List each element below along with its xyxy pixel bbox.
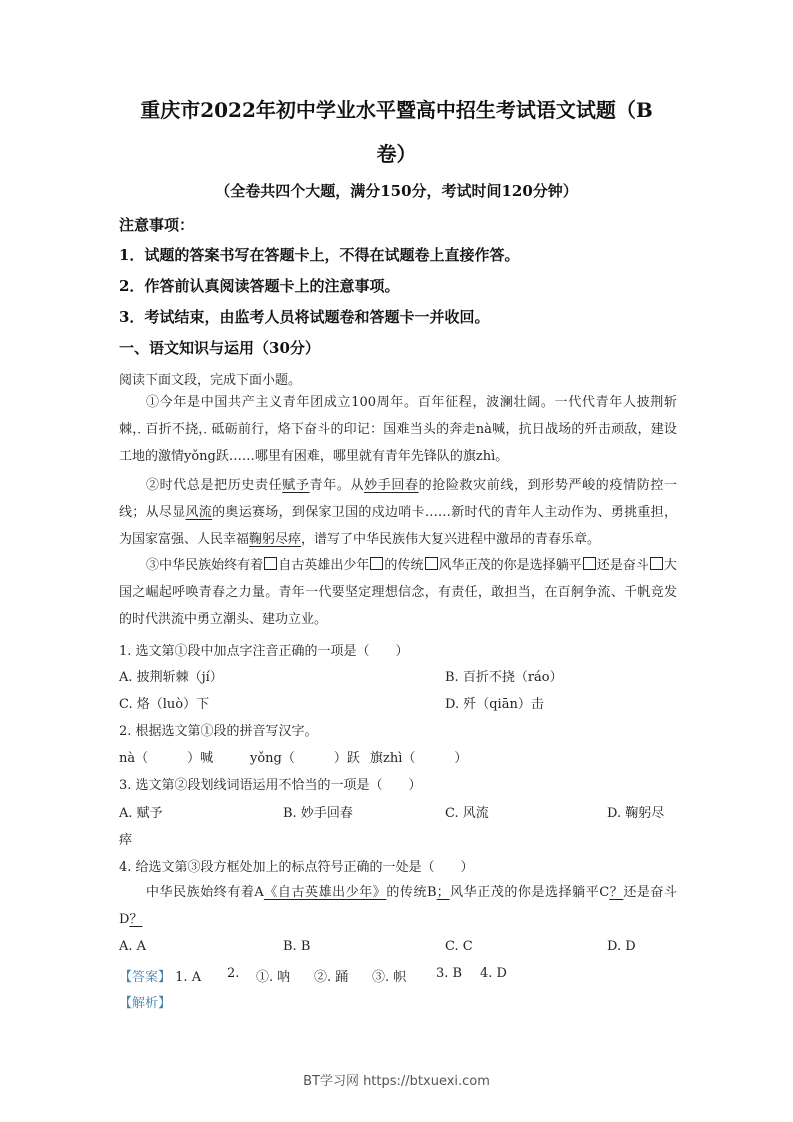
underlined-term: 鞠躬尽瘁 bbox=[249, 532, 301, 547]
answer-item: 2. bbox=[227, 966, 239, 981]
blank-box bbox=[583, 557, 596, 570]
underlined-term: 赋予 bbox=[282, 478, 309, 493]
question-3-option-d: D. 鞠躬尽 bbox=[607, 802, 664, 821]
analysis-tag: 【解析】 bbox=[119, 992, 171, 1011]
question-3-option-b: B. 妙手回春 bbox=[283, 802, 353, 821]
dotted-char: 挠 bbox=[185, 422, 198, 437]
question-2-blank-2: yǒng（ ）跃 bbox=[250, 747, 360, 766]
notice-item-1: 1．试题的答案书写在答题卡上，不得在试题卷上直接作答。 bbox=[119, 244, 519, 265]
question-1-option-b: B. 百折不挠（ráo） bbox=[445, 666, 563, 685]
passage-paragraph-3: ③中华民族始终有着自古英雄出少年的传统风华正茂的你是选择躺平还是奋斗大国之崛起呼… bbox=[119, 552, 677, 633]
exam-title-continued: 卷） bbox=[0, 138, 793, 167]
watermark-footer: BT学习网 https://btxuexi.com bbox=[0, 1070, 793, 1089]
question-3-option-d-wrap: 瘁 bbox=[119, 829, 132, 848]
dotted-char: 棘 bbox=[119, 422, 132, 437]
question-3-option-c: C. 风流 bbox=[445, 802, 489, 821]
answer-item: 3. B bbox=[436, 966, 462, 981]
question-4-option-a: A. A bbox=[119, 939, 146, 954]
question-1-option-a: A. 披荆斩棘（jí） bbox=[119, 666, 223, 685]
passage-paragraph-1: ①今年是中国共产主义青年团成立100周年。百年征程，波澜壮阔。一代代青年人披荆斩… bbox=[119, 389, 677, 470]
blank-box bbox=[370, 557, 383, 570]
blank-box bbox=[264, 557, 277, 570]
question-4-option-c: C. C bbox=[445, 939, 473, 954]
blank-box bbox=[425, 557, 438, 570]
section-heading: 一、语文知识与运用（30分） bbox=[119, 337, 320, 358]
question-2-blank-3: 旗zhì（ ） bbox=[370, 747, 467, 766]
underlined-term: 风流 bbox=[186, 505, 213, 520]
question-4-stem: 4. 给选文第③段方框处加上的标点符号正确的一处是（ ） bbox=[119, 856, 474, 875]
answer-item: ②. 踊 bbox=[314, 966, 348, 985]
question-2-stem: 2. 根据选文第①段的拼音写汉字。 bbox=[119, 720, 318, 739]
answer-item: ①. 呐 bbox=[256, 966, 290, 985]
exam-title: 重庆市2022年初中学业水平暨高中招生考试语文试题（B bbox=[0, 94, 793, 123]
question-3-stem: 3. 选文第②段划线词语运用不恰当的一项是（ ） bbox=[119, 774, 422, 793]
exam-subtitle: （全卷共四个大题，满分150分，考试时间120分钟） bbox=[0, 180, 793, 201]
answer-item: 4. D bbox=[480, 966, 507, 981]
exam-page: 重庆市2022年初中学业水平暨高中招生考试语文试题（B 卷） （全卷共四个大题，… bbox=[0, 0, 793, 1122]
reading-instruction: 阅读下面文段，完成下面小题。 bbox=[119, 369, 301, 388]
notice-heading: 注意事项： bbox=[119, 214, 194, 235]
notice-item-3: 3．考试结束，由监考人员将试题卷和答题卡一并收回。 bbox=[119, 306, 489, 327]
passage-paragraph-2: ②时代总是把历史责任赋予青年。从妙手回春的抢险救灾前线，到形势严峻的疫情防控一线… bbox=[119, 472, 677, 553]
underlined-term: 妙手回春 bbox=[364, 478, 419, 493]
question-1-option-c: C. 烙（luò）下 bbox=[119, 693, 209, 712]
notice-item-2: 2．作答前认真阅读答题卡上的注意事项。 bbox=[119, 275, 399, 296]
question-4-quote: 中华民族始终有着A《自古英雄出少年》的传统B；风华正茂的你是选择躺平C？还是奋斗… bbox=[119, 879, 677, 933]
question-4-option-d: D. D bbox=[607, 939, 636, 954]
answer-tag: 【答案】 bbox=[119, 970, 171, 985]
answer-item: ③. 帜 bbox=[372, 966, 406, 985]
question-2-blank-1: nà（ ）喊 bbox=[119, 747, 213, 766]
dotted-char: 烙 bbox=[278, 422, 291, 437]
answer-row: 【答案】 1. A bbox=[119, 966, 201, 985]
question-1-option-d: D. 歼（qiān）击 bbox=[445, 693, 544, 712]
blank-box bbox=[650, 557, 663, 570]
question-1-stem: 1. 选文第①段中加点字注音正确的一项是（ ） bbox=[119, 640, 409, 659]
question-4-option-b: B. B bbox=[283, 939, 310, 954]
question-3-option-a: A. 赋予 bbox=[119, 802, 163, 821]
dotted-char: 歼 bbox=[585, 422, 598, 437]
